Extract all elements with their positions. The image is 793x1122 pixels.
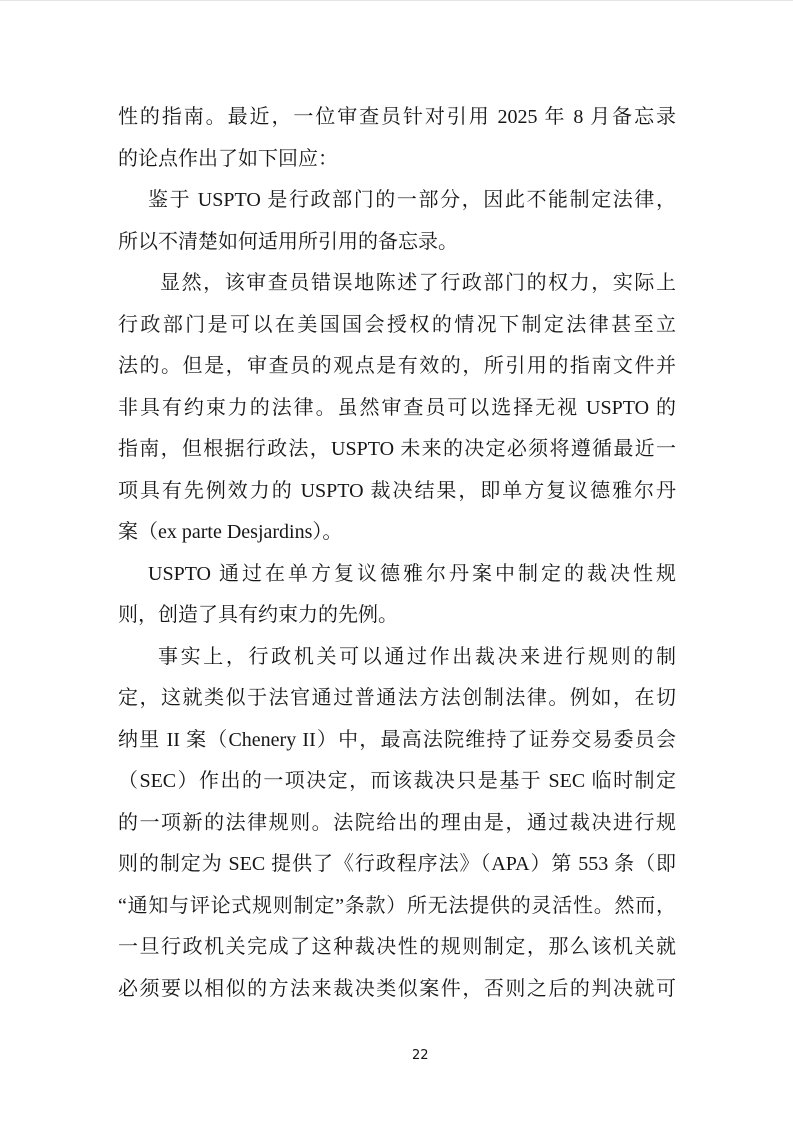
page-top-edge xyxy=(0,0,793,1)
text-line-6: 行政部门是可以在美国国会授权的情况下制定法律甚至立 xyxy=(118,305,676,347)
text-line-1: 性的指南。最近，一位审查员针对引用 2025 年 8 月备忘录 xyxy=(118,97,676,139)
text-line-18: 的一项新的法律规则。法院给出的理由是，通过裁决进行规 xyxy=(118,803,676,845)
text-line-13: 则，创造了具有约束力的先例。 xyxy=(118,595,676,637)
text-line-10: 项具有先例效力的 USPTO 裁决结果，即单方复议德雅尔丹 xyxy=(118,471,676,513)
text-line-12: USPTO 通过在单方复议德雅尔丹案中制定的裁决性规 xyxy=(118,554,676,596)
text-line-20: “通知与评论式规则制定”条款）所无法提供的灵活性。然而， xyxy=(118,886,676,928)
text-line-5: 显然，该审查员错误地陈述了行政部门的权力，实际上 xyxy=(118,263,676,305)
text-line-14: 事实上，行政机关可以通过作出裁决来进行规则的制 xyxy=(118,637,676,679)
text-line-15: 定，这就类似于法官通过普通法方法创制法律。例如，在切 xyxy=(118,678,676,720)
text-line-9: 指南，但根据行政法，USPTO 未来的决定必须将遵循最近一 xyxy=(118,429,676,471)
body-text: 性的指南。最近，一位审查员针对引用 2025 年 8 月备忘录的论点作出了如下回… xyxy=(118,97,676,1010)
text-line-21: 一旦行政机关完成了这种裁决性的规则制定，那么该机关就 xyxy=(118,927,676,969)
text-line-2: 的论点作出了如下回应： xyxy=(118,139,676,181)
text-line-3: 鉴于 USPTO 是行政部门的一部分，因此不能制定法律， xyxy=(118,180,676,222)
text-line-22: 必须要以相似的方法来裁决类似案件，否则之后的判决就可 xyxy=(118,969,676,1011)
document-page: 性的指南。最近，一位审查员针对引用 2025 年 8 月备忘录的论点作出了如下回… xyxy=(0,0,793,1122)
text-line-4: 所以不清楚如何适用所引用的备忘录。 xyxy=(118,222,676,264)
text-line-7: 法的。但是，审查员的观点是有效的，所引用的指南文件并 xyxy=(118,346,676,388)
text-line-17: （SEC）作出的一项决定，而该裁决只是基于 SEC 临时制定 xyxy=(118,761,676,803)
text-line-11: 案（ex parte Desjardins）。 xyxy=(118,512,676,554)
page-number: 22 xyxy=(412,1048,429,1063)
text-line-19: 则的制定为 SEC 提供了《行政程序法》（APA）第 553 条（即 xyxy=(118,844,676,886)
text-line-16: 纳里 II 案（Chenery II）中，最高法院维持了证券交易委员会 xyxy=(118,720,676,762)
text-line-8: 非具有约束力的法律。虽然审查员可以选择无视 USPTO 的 xyxy=(118,388,676,430)
